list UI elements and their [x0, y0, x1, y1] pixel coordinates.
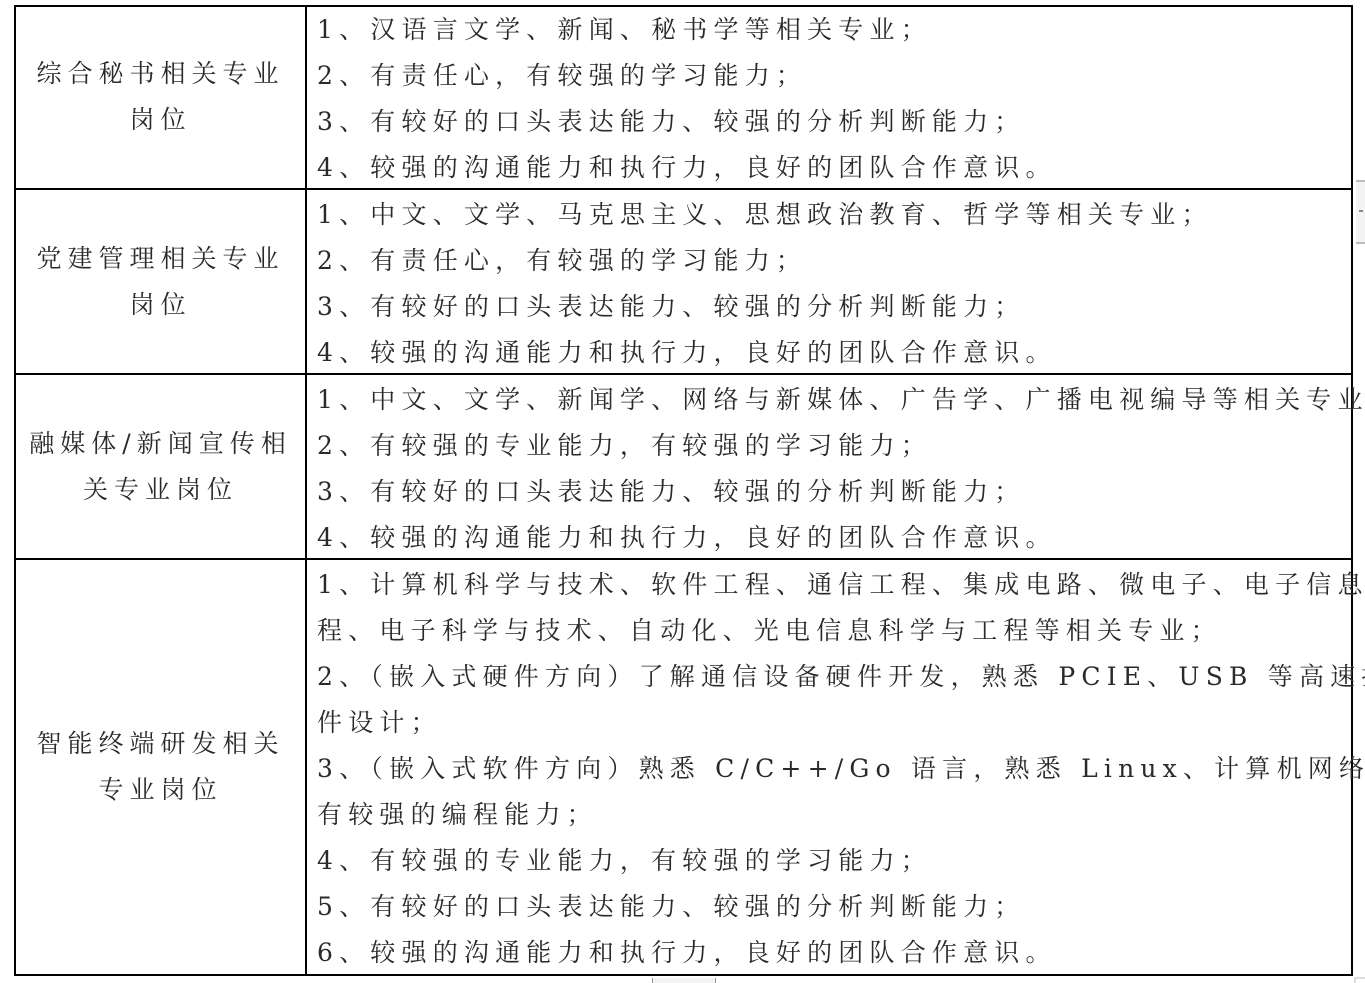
requirement-line: 件设计；	[317, 700, 1347, 746]
position-name: 智能终端研发相关专业岗位	[26, 721, 295, 813]
position-cell: 智能终端研发相关专业岗位	[16, 560, 305, 974]
requirement-line: 3、有较好的口头表达能力、较强的分析判断能力；	[317, 284, 1347, 330]
requirements-cell: 1、中文、文学、新闻学、网络与新媒体、广告学、广播电视编导等相关专业； 2、有较…	[317, 377, 1347, 561]
requirements-cell: 1、中文、文学、马克思主义、思想政治教育、哲学等相关专业； 2、有责任心，有较强…	[317, 192, 1347, 376]
requirement-line: 2、（嵌入式硬件方向）了解通信设备硬件开发，熟悉 PCIE、USB 等高速接口硬	[317, 654, 1347, 700]
requirement-line: 1、中文、文学、马克思主义、思想政治教育、哲学等相关专业；	[317, 192, 1347, 238]
position-cell: 党建管理相关专业岗位	[16, 190, 305, 373]
requirement-line: 2、有责任心，有较强的学习能力；	[317, 238, 1347, 284]
requirements-cell: 1、汉语言文学、新闻、秘书学等相关专业； 2、有责任心，有较强的学习能力； 3、…	[317, 7, 1347, 191]
requirements-table: 综合秘书相关专业岗位 1、汉语言文学、新闻、秘书学等相关专业； 2、有责任心，有…	[14, 5, 1353, 976]
position-name: 融媒体/新闻宣传相关专业岗位	[26, 421, 295, 513]
requirement-line: 4、较强的沟通能力和执行力，良好的团队合作意识。	[317, 515, 1347, 561]
grip-icon	[1359, 210, 1363, 212]
requirement-line: 1、中文、文学、新闻学、网络与新媒体、广告学、广播电视编导等相关专业；	[317, 377, 1347, 423]
column-divider	[305, 5, 307, 974]
requirement-line: 3、（嵌入式软件方向）熟悉 C/C++/Go 语言，熟悉 Linux、计算机网络…	[317, 746, 1347, 792]
requirements-cell: 1、计算机科学与技术、软件工程、通信工程、集成电路、微电子、电子信息工 程、电子…	[317, 562, 1347, 976]
requirement-line: 1、计算机科学与技术、软件工程、通信工程、集成电路、微电子、电子信息工	[317, 562, 1347, 608]
requirement-line: 3、有较好的口头表达能力、较强的分析判断能力；	[317, 99, 1347, 145]
horizontal-scroll-thumb[interactable]	[652, 978, 716, 983]
requirement-line: 有较强的编程能力；	[317, 792, 1347, 838]
resize-corner-icon[interactable]	[1354, 977, 1365, 983]
requirement-line: 4、较强的沟通能力和执行力，良好的团队合作意识。	[317, 330, 1347, 376]
position-name: 综合秘书相关专业岗位	[26, 51, 295, 143]
requirement-line: 1、汉语言文学、新闻、秘书学等相关专业；	[317, 7, 1347, 53]
requirement-line: 3、有较好的口头表达能力、较强的分析判断能力；	[317, 469, 1347, 515]
requirement-line: 4、较强的沟通能力和执行力，良好的团队合作意识。	[317, 145, 1347, 191]
side-scroll-handle[interactable]	[1356, 180, 1365, 244]
requirement-line: 2、有较强的专业能力，有较强的学习能力；	[317, 423, 1347, 469]
position-cell: 综合秘书相关专业岗位	[16, 5, 305, 188]
requirement-line: 4、有较强的专业能力，有较强的学习能力；	[317, 838, 1347, 884]
requirement-line: 程、电子科学与技术、自动化、光电信息科学与工程等相关专业；	[317, 608, 1347, 654]
requirement-line: 5、有较好的口头表达能力、较强的分析判断能力；	[317, 884, 1347, 930]
position-name: 党建管理相关专业岗位	[26, 236, 295, 328]
requirement-line: 6、较强的沟通能力和执行力，良好的团队合作意识。	[317, 930, 1347, 976]
requirement-line: 2、有责任心，有较强的学习能力；	[317, 53, 1347, 99]
position-cell: 融媒体/新闻宣传相关专业岗位	[16, 375, 305, 558]
